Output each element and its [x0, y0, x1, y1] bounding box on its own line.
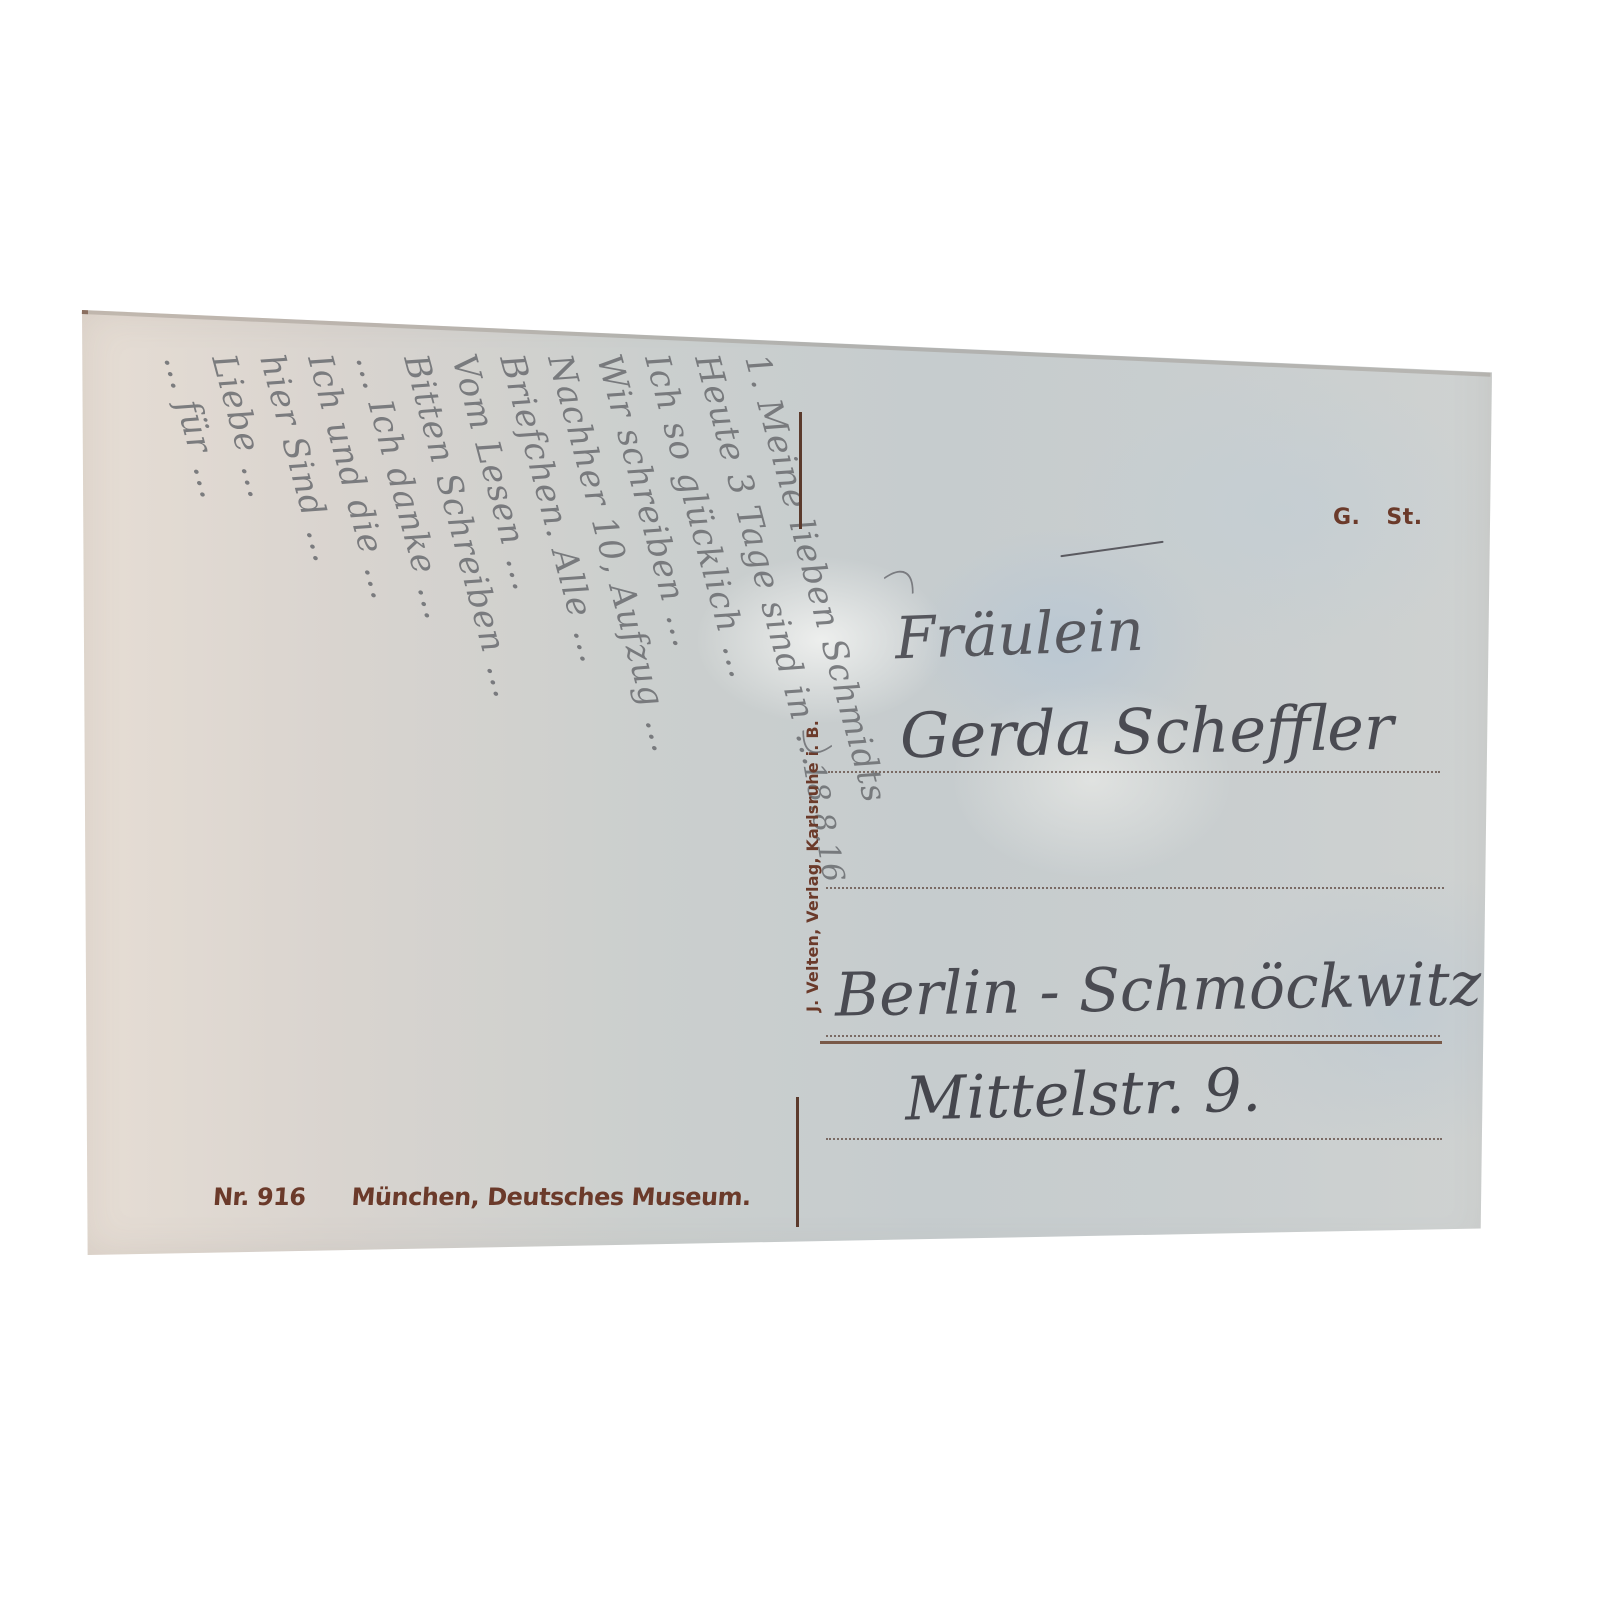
- divider-line-bottom: [796, 1097, 799, 1227]
- caption-title: München, Deutsches Museum.: [351, 1183, 752, 1211]
- recipient-city: Berlin - Schmöckwitz: [834, 949, 1481, 1030]
- stamp-label-st: St.: [1386, 505, 1422, 530]
- address-line-2: [826, 887, 1444, 889]
- address-line-3: [826, 1035, 1440, 1037]
- handwritten-message: 1. Meine lieben Schmidts Heute 3 Tage si…: [100, 330, 790, 1230]
- recipient-name: Gerda Scheffler: [899, 691, 1394, 773]
- caption-number: Nr. 916: [212, 1183, 307, 1211]
- address-city-underline: [820, 1041, 1442, 1044]
- address-line-4: [826, 1138, 1442, 1140]
- recipient-street: Mittelstr. 9.: [904, 1055, 1262, 1134]
- stamp-label-g: G.: [1333, 505, 1360, 530]
- divider-line-top: [799, 412, 802, 529]
- recipient-title: Fräulein: [894, 596, 1145, 673]
- stamp-area-label: G.St.: [1333, 505, 1423, 530]
- postcard-caption: Nr. 916München, Deutsches Museum.: [212, 1183, 752, 1211]
- publisher-imprint: J. Velten, Verlag, Karlsruhe i. B.: [803, 720, 822, 1012]
